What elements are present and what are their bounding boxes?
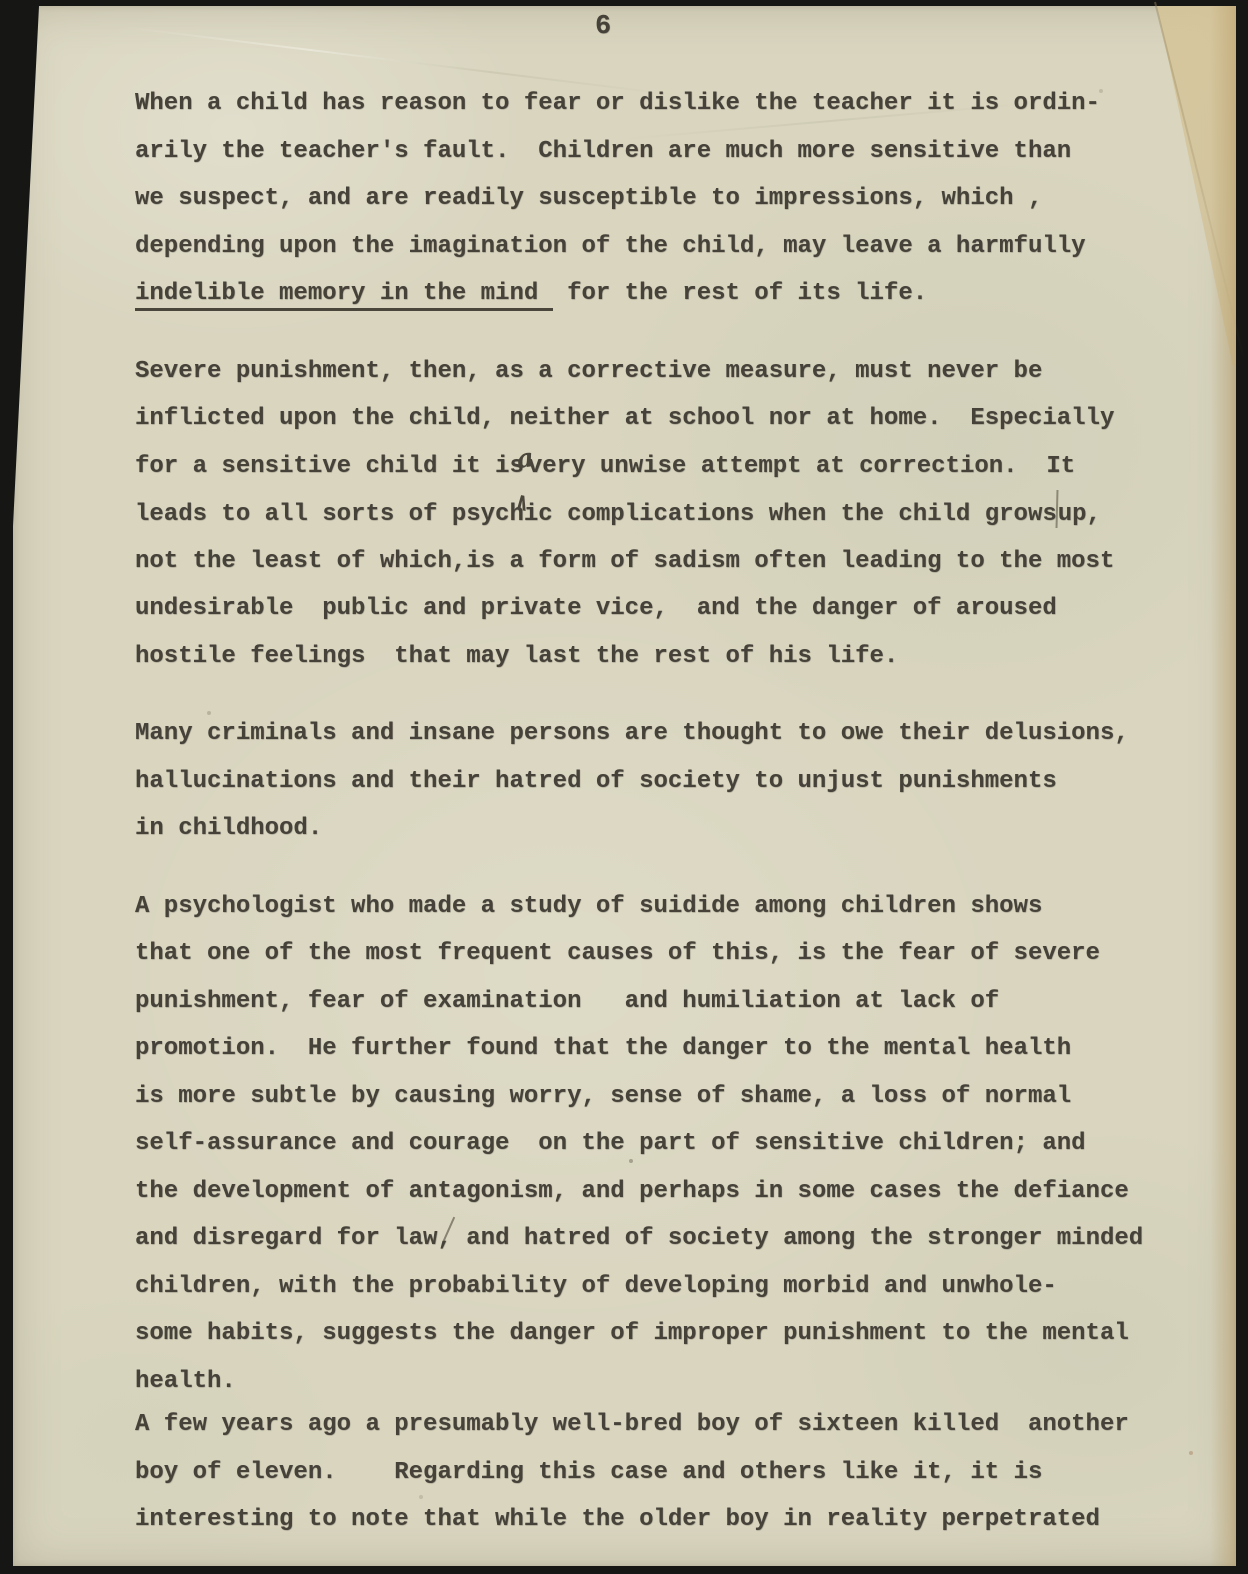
typed-text: in childhood. <box>135 815 322 842</box>
text-line: undesirable public and private vice, and… <box>135 585 1220 633</box>
typed-text: arily the teacher's fault. Children are … <box>135 138 1071 165</box>
typed-text: children, with the probability of develo… <box>135 1273 1057 1300</box>
typed-text: the development of antagonism, and perha… <box>135 1178 1129 1205</box>
typed-text: for the rest of its life. <box>553 280 927 307</box>
typed-text: is more subtle by causing worry, sense o… <box>135 1083 1071 1110</box>
text-line: Severe punishment, then, as a corrective… <box>135 348 1220 396</box>
text-line: inflicted upon the child, neither at sch… <box>135 395 1220 443</box>
text-line: punishment, fear of examination and humi… <box>135 978 1220 1026</box>
paragraph: When a child has reason to fear or disli… <box>135 80 1220 318</box>
text-line: interesting to note that while the older… <box>135 1496 1220 1544</box>
text-line: promotion. He further found that the dan… <box>135 1025 1220 1073</box>
text-line: boy of eleven. Regarding this case and o… <box>135 1449 1220 1497</box>
text-line: is more subtle by causing worry, sense o… <box>135 1073 1220 1121</box>
typed-text: inflicted upon the child, neither at sch… <box>135 405 1114 432</box>
text-line: we suspect, and are readily susceptible … <box>135 175 1220 223</box>
text-line: A psychologist who made a study of suidi… <box>135 883 1220 931</box>
typed-text: that one of the most frequent causes of … <box>135 940 1100 967</box>
paragraph: A psychologist who made a study of suidi… <box>135 883 1220 1406</box>
typed-text: depending upon the imagination of the ch… <box>135 233 1086 260</box>
typed-text: punishment, fear of examination and humi… <box>135 988 999 1015</box>
typed-text: hostile feelings that may last the rest … <box>135 643 898 670</box>
text-block: When a child has reason to fear or disli… <box>135 80 1220 1574</box>
text-line: self-assurance and courage on the part o… <box>135 1120 1220 1168</box>
typed-text: When a child has reason to fear or disli… <box>135 90 1100 117</box>
text-line: A few years ago a presumably well-bred b… <box>135 1401 1220 1449</box>
typed-text: A few years ago a presumably well-bred b… <box>135 1411 1129 1438</box>
underlined-text: indelible memory in the mind <box>135 280 553 311</box>
typed-text: very unwise attempt at correction. It <box>528 453 1075 480</box>
typed-text: not the least of which,is a form of sadi… <box>135 548 1114 575</box>
text-line: some habits, suggests the danger of impr… <box>135 1310 1220 1358</box>
text-line: in childhood. <box>135 805 1220 853</box>
text-line: Many criminals and insane persons are th… <box>135 710 1220 758</box>
paragraph: A few years ago a presumably well-bred b… <box>135 1401 1220 1544</box>
page-number: 6 <box>595 12 611 42</box>
typed-text: and hatred of society among the stronger… <box>452 1225 1143 1252</box>
typed-text: promotion. He further found that the dan… <box>135 1035 1071 1062</box>
typed-text: self-assurance and courage on the part o… <box>135 1130 1086 1157</box>
typed-text: health. <box>135 1368 236 1395</box>
typed-text: interesting to note that while the older… <box>135 1506 1100 1533</box>
text-line: not the least of which,is a form of sadi… <box>135 538 1220 586</box>
typed-text: up, <box>1058 501 1101 528</box>
typed-text: Many criminals and insane persons are th… <box>135 720 1129 747</box>
text-line: indelible memory in the mind for the res… <box>135 270 1220 318</box>
text-line: the development of antagonism, and perha… <box>135 1168 1220 1216</box>
text-line: and disregard for law, and hatred of soc… <box>135 1215 1220 1263</box>
typed-text: we suspect, and are readily susceptible … <box>135 185 1042 212</box>
text-line: children, with the probability of develo… <box>135 1263 1220 1311</box>
typed-text: undesirable public and private vice, and… <box>135 595 1057 622</box>
paragraph: Many criminals and insane persons are th… <box>135 710 1220 853</box>
typed-text: A psychologist who made a study of suidi… <box>135 893 1042 920</box>
text-line: hostile feelings that may last the rest … <box>135 633 1220 681</box>
paragraph: Severe punishment, then, as a corrective… <box>135 348 1220 681</box>
scanned-page: 6 When a child has reason to fear or dis… <box>0 0 1248 1574</box>
text-line: health. <box>135 1358 1220 1406</box>
typed-text: leads to all sorts of psychic complicati… <box>135 501 1057 528</box>
text-line: depending upon the imagination of the ch… <box>135 223 1220 271</box>
typed-text: for a sensitive child it is <box>135 453 524 480</box>
text-line: leads to all sorts of psychic complicati… <box>135 490 1220 538</box>
typed-text: hallucinations and their hatred of socie… <box>135 768 1057 795</box>
ink-specks <box>0 0 2 2</box>
text-line: arily the teacher's fault. Children are … <box>135 128 1220 176</box>
typed-text: some habits, suggests the danger of impr… <box>135 1320 1129 1347</box>
text-line: When a child has reason to fear or disli… <box>135 80 1220 128</box>
typed-text: and disregard for law, <box>135 1225 452 1252</box>
typed-text: Severe punishment, then, as a corrective… <box>135 358 1042 385</box>
text-line: for a sensitive child it isa∧very unwise… <box>135 443 1220 491</box>
typed-text: boy of eleven. Regarding this case and o… <box>135 1459 1042 1486</box>
text-line: that one of the most frequent causes of … <box>135 930 1220 978</box>
text-line: hallucinations and their hatred of socie… <box>135 758 1220 806</box>
